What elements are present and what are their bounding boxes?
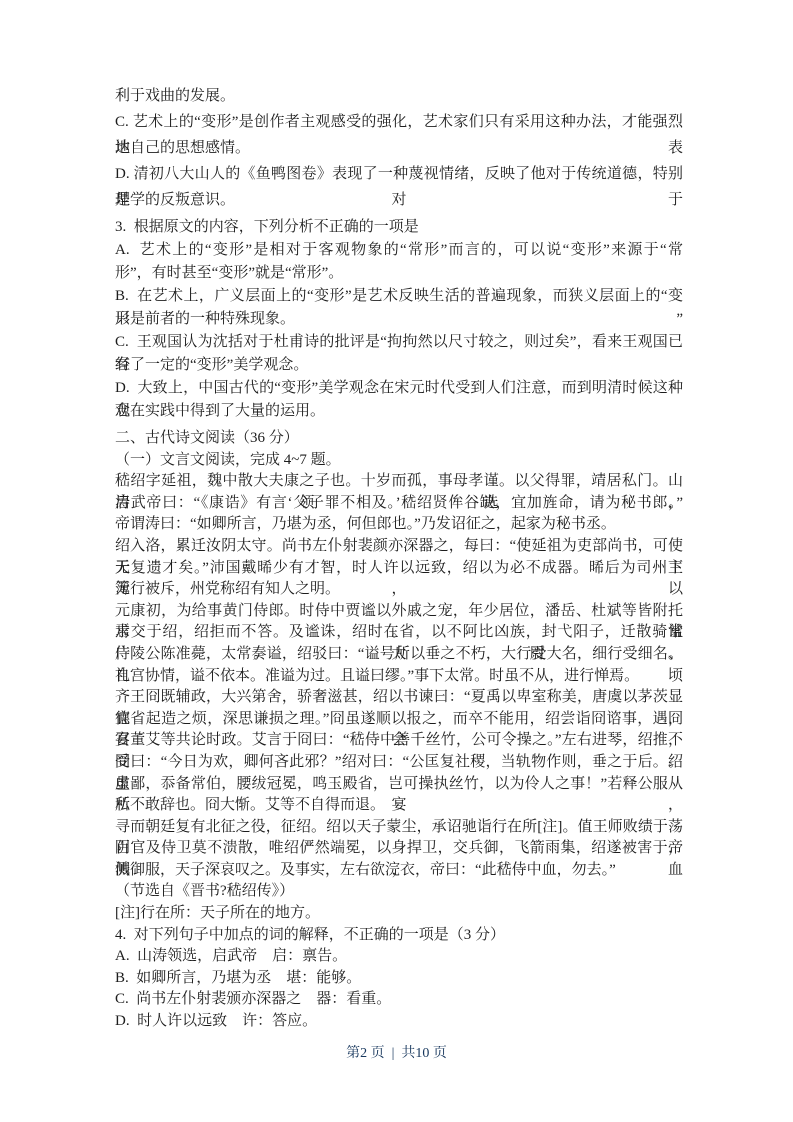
ancient-poetry-reading-section: 二、古代诗文阅读（36 分） （一）文言文阅读，完成 4~7 题。 嵇绍字延祖，… [115,428,683,1033]
passage-line: 齐王冏既辅政，大兴第舍，骄奢滋甚，绍以书谏曰：“夏禹以卑室称美，唐虞以茅茨显德， [115,687,683,709]
question-3-option-a: A. 艺术上的“变形”是相对于客观物象的“常形”而言的，可以说“变形”来源于“常 [115,239,683,262]
page-footer: 第2 页|共10 页 [0,1042,793,1062]
footer-separator: | [392,1046,395,1061]
section-subheading: （一）文言文阅读，完成 4~7 题。 [115,450,683,472]
source-line: （节选自《晋书?嵇绍传》） [115,881,683,903]
page-number: 第2 页 [346,1046,385,1061]
question-4-option-c: C. 尚书左仆射裴颁亦深器之 器：看重。 [115,989,683,1011]
question-4-option-b: B. 如卿所言，乃堪为丞 堪：能够。 [115,968,683,990]
passage-line: 寻而朝廷复有北征之役，征绍。绍以天子蒙尘，承诏驰诣行在所[注]。值王师败绩于荡阴… [115,817,683,839]
passage-line: 帝谓涛曰：“如卿所言，乃堪为丞，何但郎也。”乃发诏征之，起家为秘书丞。 [115,514,683,536]
passage-line: 绍入洛，累迁汝阴太守。尚书左仆射裴颜亦深器之，每曰：“使延祖为吏部尚书，可使天下 [115,536,683,558]
question-3-option-d-cont: 念在实践中得到了大量的运用。 [115,400,683,423]
question-3-block: 3. 根据原文的内容，下列分析不正确的一项是 A. 艺术上的“变形”是相对于客观… [115,216,683,423]
question-3-option-c-cont: 有了一定的“变形”美学观念。 [115,354,683,377]
passage-line: 元康初，为给事黄门侍郎。时侍中贾谧以外戚之宠，年少居位，潘岳、杜斌等皆附托焉。谧 [115,601,683,623]
passage-line: 无复遗才矣。”沛国戴晞少有才智，时人许以远致，绍以为必不成器。晞后为司州主簿，以 [115,558,683,580]
passage-line: 启武帝曰：“《康诰》有言‘父子罪不相及。’嵇绍贤侔谷缺，宜加旌命，请为秘书郎。” [115,493,683,515]
text-line: D. 清初八大山人的《鱼鸭图卷》表现了一种蔑视情绪，反映了他对于传统道德，特别是… [115,161,683,187]
exam-page: 利于戏曲的发展。 C. 艺术上的“变形”是创作者主观感受的强化，艺术家们只有采用… [0,0,793,1122]
passage-line: 广陵公陈准薨，太常奏谥，绍驳曰：“谥号所以垂之不朽，大行受大名，细行受细名。自顷 [115,644,683,666]
passage-line: 求交于绍，绍拒而不答。及谧诛，绍时在省，以不阿比凶族，封弋阳子，迁散骑常侍。太尉… [115,622,683,644]
passage-line: 百官及侍卫莫不溃散，唯绍俨然端冕，以身捍卫，交兵御，飞箭雨集，绍遂被害于帝侧，血 [115,838,683,860]
question-2-options-block: 利于戏曲的发展。 C. 艺术上的“变形”是创作者主观感受的强化，艺术家们只有采用… [115,83,683,213]
question-4-stem: 4. 对下列句子中加点的词的解释，不正确的一项是（3 分） [115,925,683,947]
passage-line: 礼宫协情，谥不依本。准谥为过。且谥曰缪。”事下太常。时虽不从，进行惮焉。 [115,666,683,688]
question-3-option-b: B. 在艺术上，广义层面上的“变形”是艺术反映生活的普遍现象，而狭义层面上的“变… [115,285,683,308]
text-line: C. 艺术上的“变形”是创作者主观感受的强化，艺术家们只有采用这种办法，才能强烈… [115,109,683,135]
passage-line: 召董艾等共论时政。艾言于冏曰：“嵇侍中善千丝竹，公可令操之。”左右进琴，绍推不受… [115,730,683,752]
text-line: 利于戏曲的发展。 [115,83,683,109]
question-3-option-d: D. 大致上，中国古代的“变形”美学观念在宋元时代受到人们注意，而到明清时候这种… [115,377,683,400]
question-4-option-a: A. 山涛领选，启武帝 启：禀告。 [115,946,683,968]
passage-line: 嵇绍字延祖，魏中散大夫康之子也。十岁而孤，事母孝谨。以父得罪，靖居私门。山涛领选… [115,471,683,493]
passage-line: 冏曰：“今日为欢，卿何吝此邪？”绍对曰：“公匡复社稷，当轨物作则，垂之于后。绍虽 [115,752,683,774]
page-content: 利于戏曲的发展。 C. 艺术上的“变形”是创作者主观感受的强化，艺术家们只有采用… [115,83,683,1033]
question-3-option-a-cont: 形”，有时甚至“变形”就是“常形”。 [115,262,683,285]
question-3-option-c: C. 王观国认为沈括对于杜甫诗的批评是“拘拘然以尺寸较之，则过矣”，看来王观国已… [115,331,683,354]
passage-line: 溅御服，天子深哀叹之。及事实，左右欲浣衣，帝曰：“此嵇侍中血，勿去。” [115,860,683,882]
passage-line: 宜省起造之烦，深思谦损之理。”冏虽遂顺以报之，而卒不能用，绍尝诣冏谘事，遇冏宴会… [115,709,683,731]
section-heading: 二、古代诗文阅读（36 分） [115,428,683,450]
note-line: [注]行在所：天子所在的地方。 [115,903,683,925]
passage-line: 虚鄙，忝备常伯，腰绂冠冕，鸣玉殿省，岂可操执丝竹，以为伶人之事！”若释公服从私宴… [115,774,683,796]
page-total: 共10 页 [401,1046,447,1061]
question-3-stem: 3. 根据原文的内容，下列分析不正确的一项是 [115,216,683,239]
question-4-option-d: D. 时人许以远致 许：答应。 [115,1011,683,1033]
